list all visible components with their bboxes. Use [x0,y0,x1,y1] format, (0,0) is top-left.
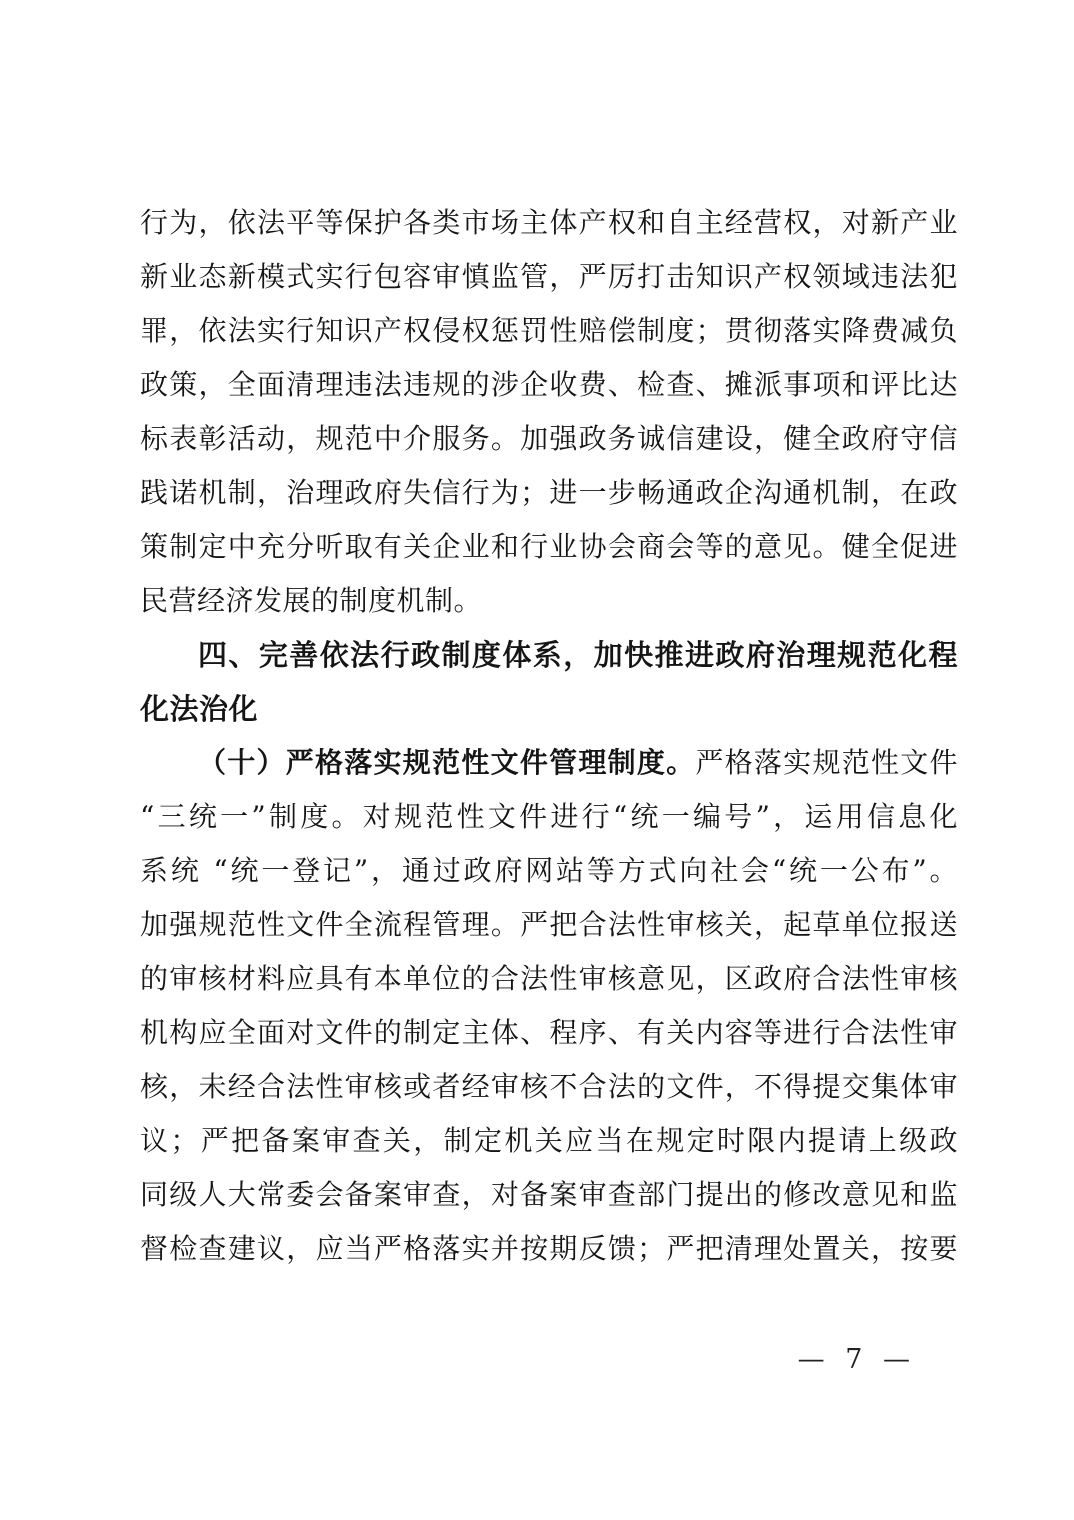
opening-paragraph: 行为，依法平等保护各类市场主体产权和自主经营权，对新产业 新业态新模式实行包容审… [140,196,958,628]
text-line: 同级人大常委会备案审查，对备案审查部门提出的修改意见和监 [140,1168,958,1222]
text-line: “三统一”制度。对规范性文件进行“统一编号”，运用信息化 [140,790,958,844]
text-line: 罪，依法实行知识产权侵权惩罚性赔偿制度；贯彻落实降费减负 [140,304,958,358]
item-ten-title: （十）严格落实规范性文件管理制度。 [198,746,695,779]
page-number: — 7 — [798,1344,916,1375]
text-line: 的审核材料应具有本单位的合法性审核意见，区政府合法性审核 [140,952,958,1006]
text-line: 核，未经合法性审核或者经审核不合法的文件，不得提交集体审 [140,1060,958,1114]
section-heading-line: 化法治化 [140,682,958,736]
text-line: 践诺机制，治理政府失信行为；进一步畅通政企沟通机制，在政 [140,466,958,520]
text-line: 督检查建议，应当严格落实并按期反馈；严把清理处置关，按要 [140,1222,958,1276]
text-line: 行为，依法平等保护各类市场主体产权和自主经营权，对新产业 [140,196,958,250]
text-line: 加强规范性文件全流程管理。严把合法性审核关，起草单位报送 [140,898,958,952]
text-line: 政策，全面清理违法违规的涉企收费、检查、摊派事项和评比达 [140,358,958,412]
text-line: 民营经济发展的制度机制。 [140,574,958,628]
text-line: 策制定中充分听取有关企业和行业协会商会等的意见。健全促进 [140,520,958,574]
text-line: 系统 “统一登记”，通过政府网站等方式向社会“统一公布”。 [140,844,958,898]
item-ten-first-line-rest: 严格落实规范性文件 [695,746,958,779]
text-line: 机构应全面对文件的制定主体、程序、有关内容等进行合法性审 [140,1006,958,1060]
item-ten-paragraph: （十）严格落实规范性文件管理制度。严格落实规范性文件 “三统一”制度。对规范性文… [140,736,958,1276]
section-heading-line: 四、完善依法行政制度体系，加快推进政府治理规范化程序 [140,628,958,682]
document-page: 行为，依法平等保护各类市场主体产权和自主经营权，对新产业 新业态新模式实行包容审… [0,0,1074,1520]
section-heading: 四、完善依法行政制度体系，加快推进政府治理规范化程序 化法治化 [140,628,958,736]
text-line: 议；严把备案审查关，制定机关应当在规定时限内提请上级政府、 [140,1114,958,1168]
text-block: 行为，依法平等保护各类市场主体产权和自主经营权，对新产业 新业态新模式实行包容审… [140,196,958,1276]
text-line: 新业态新模式实行包容审慎监管，严厉打击知识产权领域违法犯 [140,250,958,304]
text-line: （十）严格落实规范性文件管理制度。严格落实规范性文件 [140,736,958,790]
text-line: 标表彰活动，规范中介服务。加强政务诚信建设，健全政府守信 [140,412,958,466]
